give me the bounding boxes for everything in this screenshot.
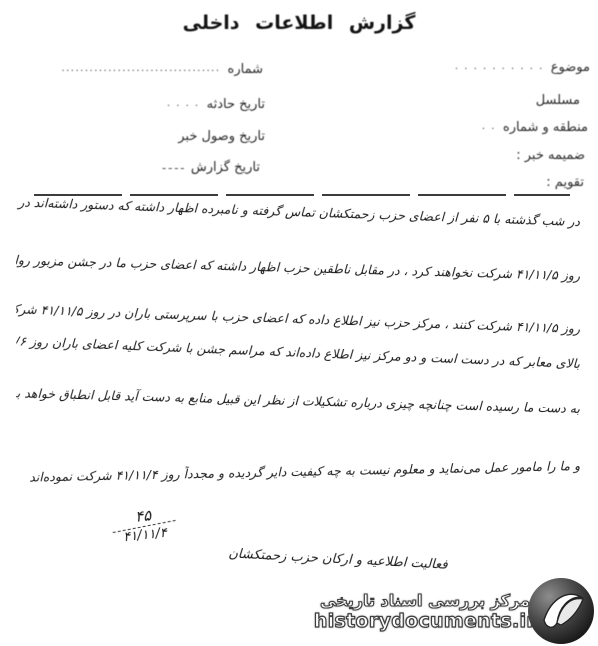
watermark: مرکز بررسی اسناد تاریخی historydocuments… — [314, 578, 594, 644]
report-title: گزارش اطلاعات داخلی — [0, 12, 598, 34]
field-number-dots: .................................. — [61, 63, 220, 74]
field-news-receipt-date: تاریخ وصول خبر — [178, 129, 265, 144]
field-subject: موضوع. . . . . . . . . . — [455, 60, 590, 75]
curled-page-icon — [528, 578, 594, 644]
field-news-receipt-date-label: تاریخ وصول خبر — [178, 129, 265, 144]
field-news-attachment-label: ضمیمه خبر : — [516, 148, 585, 163]
filing-note: فعالیت اطلاعیه و ارکان حزب زحمتکشان — [188, 544, 488, 575]
header-divider-rule — [34, 194, 570, 196]
field-report-date-label: تاریخ گزارش — [191, 160, 260, 175]
handwritten-line-1: در شب گذشته با ۵ نفر از اعضای حزب زحمتکش… — [16, 194, 580, 229]
handwritten-line-6: و ما را مامور عمل می‌نماید و معلوم نیست … — [16, 458, 580, 485]
field-serial: مسلسل — [529, 93, 580, 108]
field-evaluation: تقویم : — [546, 175, 584, 190]
field-evaluation-label: تقویم : — [546, 175, 584, 190]
watermark-site-url: historydocuments.ir — [314, 610, 536, 632]
archive-note: ۴۵ ۴۱/۱۱/۴ — [82, 501, 205, 549]
handwritten-line-2: روز ۴۱/۱۱/۵ شرکت نخواهند کرد ، در مقابل … — [16, 252, 580, 283]
field-number: شماره.................................. — [61, 62, 263, 77]
field-region-number: منطقه و شماره. . — [482, 120, 588, 135]
field-region-number-label: منطقه و شماره — [503, 120, 588, 135]
scanned-document-page: گزارش اطلاعات داخلی موضوع. . . . . . . .… — [0, 0, 598, 646]
field-incident-date-dots: . . . . — [167, 98, 200, 109]
watermark-org-name: مرکز بررسی اسناد تاریخی — [314, 591, 536, 610]
field-number-label: شماره — [228, 62, 263, 77]
field-serial-label: مسلسل — [536, 93, 580, 108]
field-report-date-dots: ـ ـ ـ ـ — [163, 161, 184, 172]
handwritten-line-3: روز ۴۱/۱۱/۵ شرکت کنند ، مرکز حزب نیز اطل… — [16, 301, 580, 336]
field-news-attachment: ضمیمه خبر : — [516, 148, 585, 163]
field-incident-date: تاریخ حادثه. . . . — [167, 97, 265, 112]
field-report-date: تاریخ گزارشـ ـ ـ ـ — [163, 160, 260, 175]
field-subject-dots: . . . . . . . . . . — [455, 61, 544, 72]
watermark-text: مرکز بررسی اسناد تاریخی historydocuments… — [314, 591, 536, 632]
field-incident-date-label: تاریخ حادثه — [207, 97, 265, 112]
watermark-logo — [528, 578, 594, 644]
field-region-number-dots: . . — [482, 121, 496, 132]
handwritten-line-5: به دست ما رسیده است چنانچه چیزی درباره ت… — [16, 385, 580, 416]
field-subject-label: موضوع — [551, 60, 590, 75]
handwritten-line-4: بالای معابر که در دست است و دو مرکز نیز … — [16, 333, 580, 371]
